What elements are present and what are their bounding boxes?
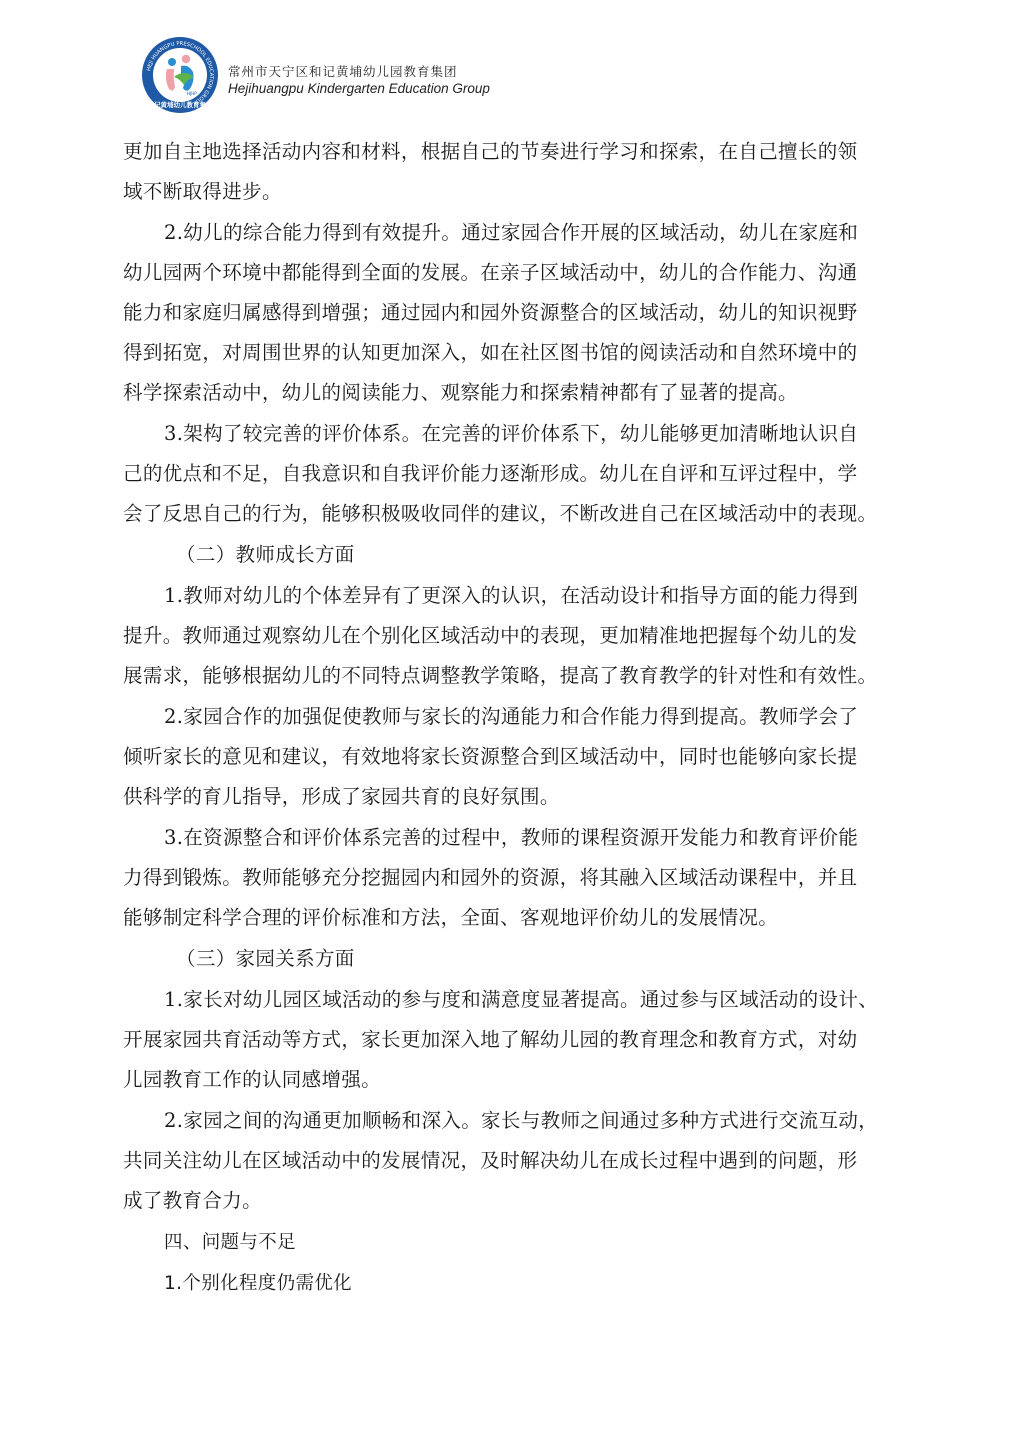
text-line: 2.家园之间的沟通更加顺畅和深入。家长与教师之间通过多种方式进行交流互动， bbox=[123, 1101, 885, 1141]
paragraph: 3.架构了较完善的评价体系。在完善的评价体系下，幼儿能够更加清晰地认识自 己的优… bbox=[123, 414, 885, 534]
text-line: 提升。教师通过观察幼儿在个别化区域活动中的表现，更加精准地把握每个幼儿的发 bbox=[123, 616, 885, 656]
subheading-home-school-relations: （三）家园关系方面 bbox=[123, 939, 885, 979]
paragraph: 1.家长对幼儿园区域活动的参与度和满意度显著提高。通过参与区域活动的设计、 开展… bbox=[123, 980, 885, 1100]
text-line: 3.架构了较完善的评价体系。在完善的评价体系下，幼儿能够更加清晰地认识自 bbox=[123, 414, 885, 454]
paragraph: 3.在资源整合和评价体系完善的过程中，教师的课程资源开发能力和教育评价能 力得到… bbox=[123, 818, 885, 938]
svg-text:HJHP: HJHP bbox=[187, 91, 197, 96]
paragraph: 2.幼儿的综合能力得到有效提升。通过家园合作开展的区域活动，幼儿在家庭和 幼儿园… bbox=[123, 213, 885, 413]
subheading-text: （二）教师成长方面 bbox=[123, 535, 885, 575]
subheading-teacher-growth: （二）教师成长方面 bbox=[123, 535, 885, 575]
text-line: 能力和家庭归属感得到增强；通过园内和园外资源整合的区域活动，幼儿的知识视野 bbox=[123, 293, 885, 333]
text-line: 共同关注幼儿在区域活动中的发展情况，及时解决幼儿在成长过程中遇到的问题，形 bbox=[123, 1141, 885, 1181]
section-heading-problems: 四、问题与不足 bbox=[123, 1223, 885, 1263]
section-heading-text: 四、问题与不足 bbox=[123, 1223, 885, 1263]
text-line: 更加自主地选择活动内容和材料，根据自己的节奏进行学习和探索，在自己擅长的领 bbox=[123, 132, 885, 172]
paragraph: 2.家园之间的沟通更加顺畅和深入。家长与教师之间通过多种方式进行交流互动， 共同… bbox=[123, 1101, 885, 1221]
text-line: 1.教师对幼儿的个体差异有了更深入的认识，在活动设计和指导方面的能力得到 bbox=[123, 576, 885, 616]
text-line: 科学探索活动中，幼儿的阅读能力、观察能力和探索精神都有了显著的提高。 bbox=[123, 373, 885, 413]
text-line: 幼儿园两个环境中都能得到全面的发展。在亲子区域活动中，幼儿的合作能力、沟通 bbox=[123, 253, 885, 293]
text-line: 2.幼儿的综合能力得到有效提升。通过家园合作开展的区域活动，幼儿在家庭和 bbox=[123, 213, 885, 253]
text-line: 得到拓宽，对周围世界的认知更加深入，如在社区图书馆的阅读活动和自然环境中的 bbox=[123, 333, 885, 373]
item-heading-individualization: 1.个别化程度仍需优化 bbox=[123, 1264, 885, 1304]
text-line: 成了教育合力。 bbox=[123, 1181, 885, 1221]
text-line: 域不断取得进步。 bbox=[123, 172, 885, 212]
page-header: HEJI HUANGPU PRESCHOOL EDUCATION GROUP 和… bbox=[140, 34, 490, 116]
text-line: 3.在资源整合和评价体系完善的过程中，教师的课程资源开发能力和教育评价能 bbox=[123, 818, 885, 858]
text-line: 己的优点和不足，自我意识和自我评价能力逐渐形成。幼儿在自评和互评过程中，学 bbox=[123, 454, 885, 494]
kindergarten-logo-icon: HEJI HUANGPU PRESCHOOL EDUCATION GROUP 和… bbox=[140, 35, 220, 115]
text-line: 会了反思自己的行为，能够积极吸收同伴的建议，不断改进自己在区域活动中的表现。 bbox=[123, 494, 885, 534]
org-name-english: Hejihuangpu Kindergarten Education Group bbox=[228, 80, 490, 97]
org-name-chinese: 常州市天宁区和记黄埔幼儿园教育集团 bbox=[228, 63, 490, 80]
svg-text:和记黄埔幼儿教育集团: 和记黄埔幼儿教育集团 bbox=[148, 100, 214, 109]
text-line: 2.家园合作的加强促使教师与家长的沟通能力和合作能力得到提高。教师学会了 bbox=[123, 697, 885, 737]
item-heading-text: 1.个别化程度仍需优化 bbox=[123, 1264, 885, 1304]
subheading-text: （三）家园关系方面 bbox=[123, 939, 885, 979]
text-line: 倾听家长的意见和建议，有效地将家长资源整合到区域活动中，同时也能够向家长提 bbox=[123, 737, 885, 777]
text-line: 供科学的育儿指导，形成了家园共育的良好氛围。 bbox=[123, 777, 885, 817]
text-line: 开展家园共育活动等方式，家长更加深入地了解幼儿园的教育理念和教育方式，对幼 bbox=[123, 1020, 885, 1060]
paragraph: 1.教师对幼儿的个体差异有了更深入的认识，在活动设计和指导方面的能力得到 提升。… bbox=[123, 576, 885, 696]
text-line: 儿园教育工作的认同感增强。 bbox=[123, 1060, 885, 1100]
text-line: 能够制定科学合理的评价标准和方法，全面、客观地评价幼儿的发展情况。 bbox=[123, 898, 885, 938]
document-body: 更加自主地选择活动内容和材料，根据自己的节奏进行学习和探索，在自己擅长的领 域不… bbox=[123, 132, 885, 1304]
text-line: 1.家长对幼儿园区域活动的参与度和满意度显著提高。通过参与区域活动的设计、 bbox=[123, 980, 885, 1020]
text-line: 力得到锻炼。教师能够充分挖掘园内和园外的资源，将其融入区域活动课程中，并且 bbox=[123, 858, 885, 898]
paragraph: 更加自主地选择活动内容和材料，根据自己的节奏进行学习和探索，在自己擅长的领 域不… bbox=[123, 132, 885, 212]
paragraph: 2.家园合作的加强促使教师与家长的沟通能力和合作能力得到提高。教师学会了 倾听家… bbox=[123, 697, 885, 817]
text-line: 展需求，能够根据幼儿的不同特点调整教学策略，提高了教育教学的针对性和有效性。 bbox=[123, 656, 885, 696]
